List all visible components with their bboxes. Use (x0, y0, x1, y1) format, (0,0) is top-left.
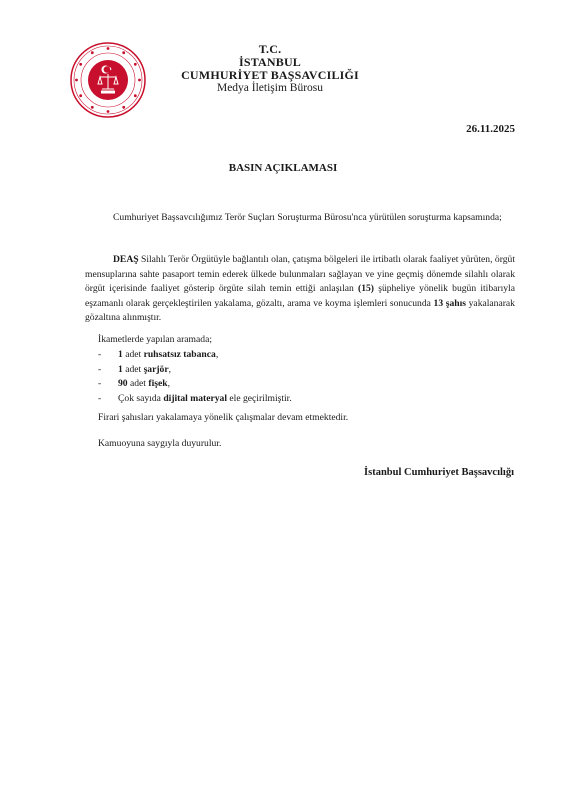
header-office: Medya İletişim Bürosu (180, 82, 360, 95)
document-date: 26.11.2025 (466, 123, 515, 135)
seized-items-list: -1 adet ruhsatsız tabanca, -1 adet şarjö… (98, 348, 292, 406)
letterhead: T.C. İSTANBUL CUMHURİYET BAŞSAVCILIĞI Me… (180, 43, 360, 95)
press-release-page: T.C. İSTANBUL CUMHURİYET BAŞSAVCILIĞI Me… (0, 0, 566, 800)
judiciary-seal-icon (70, 42, 146, 118)
list-item: -1 adet ruhsatsız tabanca, (98, 348, 292, 363)
suspect-count: (15) (358, 283, 374, 294)
header-institution: CUMHURİYET BAŞSAVCILIĞI (180, 69, 360, 82)
paragraph-closing: Kamuoyuna saygıyla duyurulur. (98, 438, 221, 449)
detained-count: 13 şahıs (434, 298, 466, 309)
list-item: -90 adet fişek, (98, 377, 292, 392)
paragraph-fugitives: Firari şahısları yakalamaya yönelik çalı… (98, 412, 348, 423)
list-item: -Çok sayıda dijital materyal ele geçiril… (98, 392, 292, 407)
list-item: -1 adet şarjör, (98, 363, 292, 378)
paragraph-operation: DEAŞ Silahlı Terör Örgütüyle bağlantılı … (85, 253, 515, 326)
org-name: DEAŞ (113, 254, 139, 265)
paragraph-intro: Cumhuriyet Başsavcılığımız Terör Suçları… (85, 211, 515, 226)
search-intro: İkametlerde yapılan aramada; (98, 334, 212, 345)
document-title: BASIN AÇIKLAMASI (0, 162, 566, 174)
signature: İstanbul Cumhuriyet Başsavcılığı (364, 467, 514, 478)
